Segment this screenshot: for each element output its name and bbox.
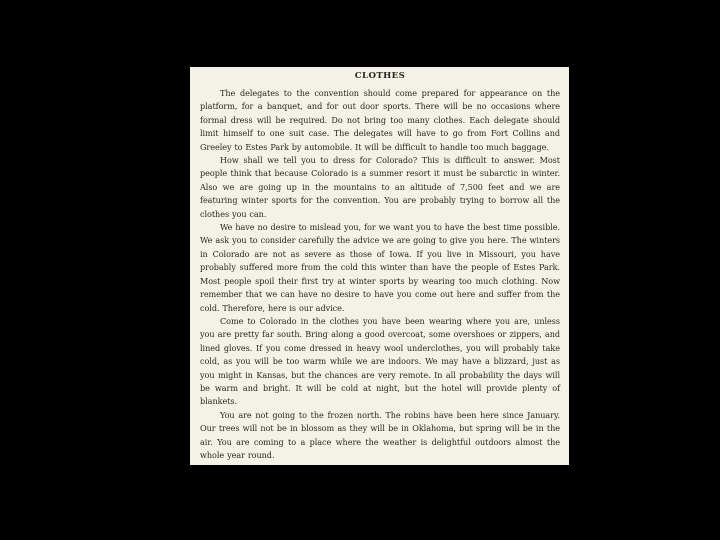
paragraph-advice: Come to Colorado in the clothes you have… [200,315,560,409]
scanned-page: CLOTHES The delegates to the convention … [190,67,569,465]
paragraph-no-desire-to-mislead: We have no desire to mislead you, for we… [200,221,560,315]
paragraph-how-to-dress: How shall we tell you to dress for Color… [200,154,560,221]
page-title: CLOTHES [200,71,560,82]
paragraph-not-frozen-north: You are not going to the frozen north. T… [200,409,560,463]
paragraph-packing: The delegates to the convention should c… [200,87,560,154]
